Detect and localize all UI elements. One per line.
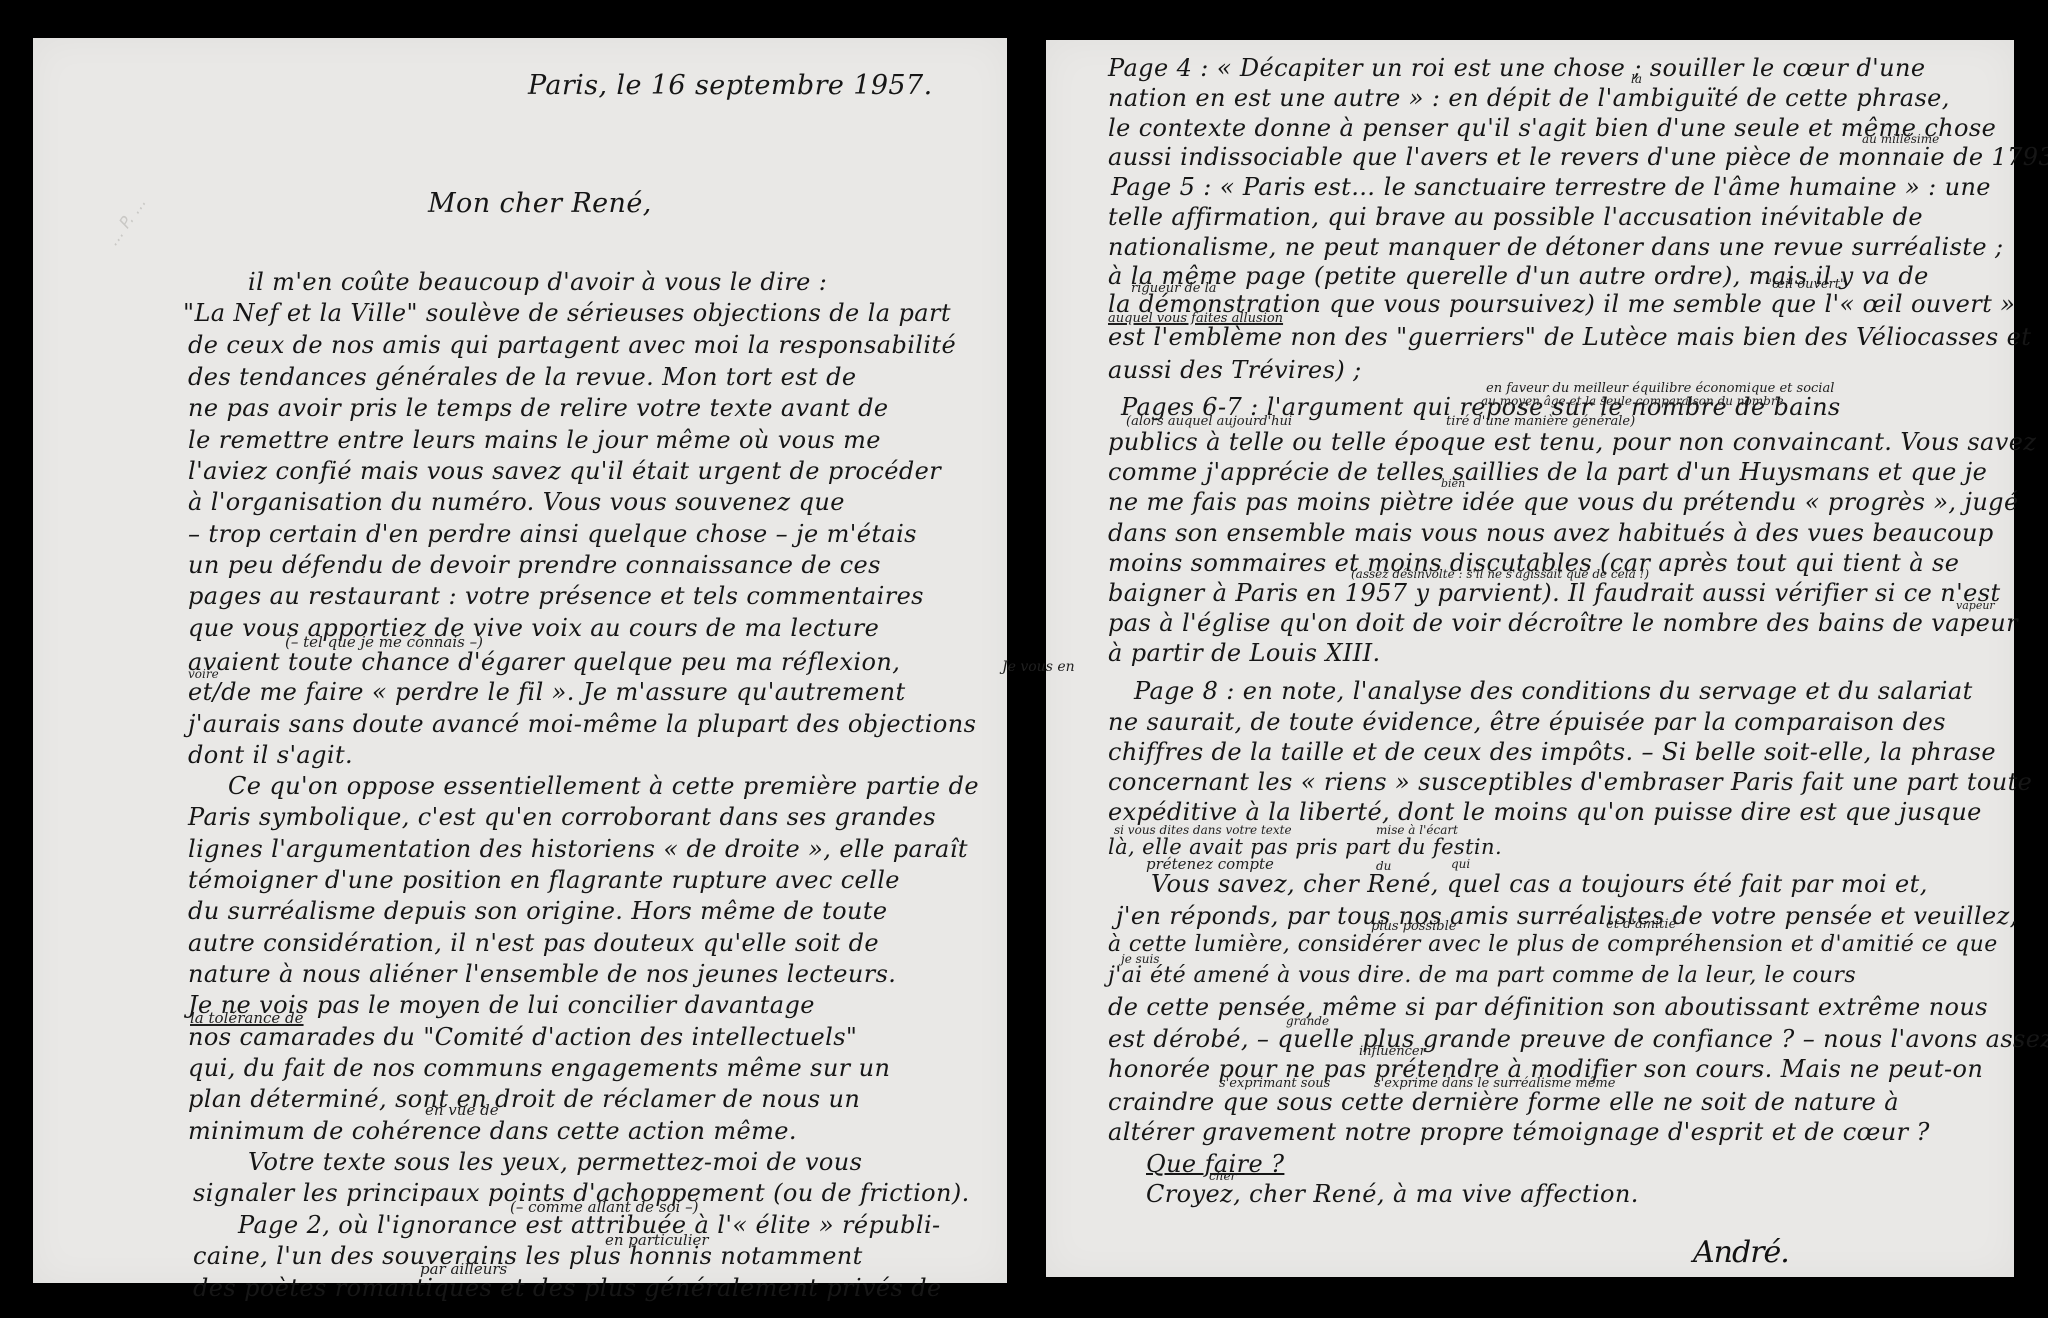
text-line: Page 2, où l'ignorance est attribuée à l… bbox=[238, 1213, 941, 1237]
text-line: à cette lumière, considérer avec le plus… bbox=[1108, 934, 1998, 956]
text-line: Paris symbolique, c'est qu'en corroboran… bbox=[188, 805, 936, 829]
text-line: est l'emblème non des "guerriers" de Lut… bbox=[1108, 325, 2031, 349]
text-line: et/de me faire « perdre le fil ». Je m'a… bbox=[188, 680, 906, 704]
pencil-annotation: … P. … bbox=[103, 193, 150, 249]
text-line: du surréalisme depuis son origine. Hors … bbox=[188, 899, 888, 923]
text-line: dont il s'agit. bbox=[188, 743, 353, 767]
text-line: concernant les « riens » susceptibles d'… bbox=[1108, 770, 2032, 794]
text-line: Votre texte sous les yeux, permettez-moi… bbox=[248, 1150, 862, 1174]
letter-salutation: Mon cher René, bbox=[428, 190, 652, 217]
text-line: ne me fais pas moins piètre idée que vou… bbox=[1108, 490, 2019, 514]
text-line: témoigner d'une position en flagrante ru… bbox=[188, 868, 900, 892]
text-line: j'ai été amené à vous dire. de ma part c… bbox=[1108, 965, 1856, 987]
text-line: aussi indissociable que l'avers et le re… bbox=[1108, 145, 2048, 169]
text-line: Ce qu'on oppose essentiellement à cette … bbox=[228, 774, 979, 798]
text-line: nos camarades du "Comité d'action des in… bbox=[188, 1025, 857, 1049]
text-line: il m'en coûte beaucoup d'avoir à vous le… bbox=[248, 270, 827, 294]
text-line: à partir de Louis XIII. bbox=[1108, 641, 1381, 665]
signature: André. bbox=[1693, 1235, 1789, 1270]
text-line: à l'organisation du numéro. Vous vous so… bbox=[188, 490, 845, 514]
text-line: – trop certain d'en perdre ainsi quelque… bbox=[188, 522, 917, 546]
text-line: plan déterminé, sont en droit de réclame… bbox=[188, 1087, 860, 1111]
text-line: avaient toute chance d'égarer quelque pe… bbox=[188, 650, 900, 674]
text-line: chiffres de la taille et de ceux des imp… bbox=[1108, 740, 1996, 764]
text-line: altérer gravement notre propre témoignag… bbox=[1108, 1120, 1930, 1144]
text-line: j'aurais sans doute avancé moi-même la p… bbox=[188, 712, 976, 736]
margin-note: Je vous en bbox=[1002, 660, 1075, 674]
text-line: pas à l'église qu'on doit de voir décroî… bbox=[1108, 611, 2018, 635]
text-line: Page 4 : « Décapiter un roi est une chos… bbox=[1108, 56, 1925, 80]
insertion: qui bbox=[1451, 858, 1470, 870]
text-line: minimum de cohérence dans cette action m… bbox=[188, 1119, 797, 1143]
text-line: ne pas avoir pris le temps de relire vot… bbox=[188, 396, 889, 420]
text-line: aussi des Trévires) ; bbox=[1108, 358, 1362, 382]
text-line: ne saurait, de toute évidence, être épui… bbox=[1108, 710, 1946, 734]
insertion: par ailleurs bbox=[420, 1262, 507, 1277]
letter-page-1: … P. … Paris, le 16 septembre 1957. Mon … bbox=[33, 38, 1007, 1283]
text-line: expéditive à la liberté, dont le moins q… bbox=[1108, 800, 1982, 824]
text-line: nature à nous aliéner l'ensemble de nos … bbox=[188, 962, 896, 986]
text-line: un peu défendu de devoir prendre connais… bbox=[188, 553, 881, 577]
text-line: pages au restaurant : votre présence et … bbox=[188, 584, 924, 608]
text-line: j'en réponds, par tous nos amis surréali… bbox=[1116, 904, 2018, 928]
letter-date: Paris, le 16 septembre 1957. bbox=[528, 72, 933, 99]
text-line: lignes l'argumentation des historiens « … bbox=[188, 837, 968, 861]
text-line: Page 8 : en note, l'analyse des conditio… bbox=[1134, 679, 1973, 703]
text-line: caine, l'un des souverains les plus honn… bbox=[193, 1244, 863, 1268]
text-line: dans son ensemble mais vous nous avez ha… bbox=[1108, 521, 1994, 545]
text-line: publics à telle ou telle époque est tenu… bbox=[1108, 430, 2036, 454]
insertion: (alors auquel aujourd'hui bbox=[1126, 415, 1292, 428]
text-line: nationalisme, ne peut manquer de détoner… bbox=[1108, 235, 2003, 259]
text-line: Page 5 : « Paris est… le sanctuaire terr… bbox=[1111, 175, 1991, 199]
text-line: "La Nef et la Ville" soulève de sérieuse… bbox=[183, 301, 951, 325]
insertion: tiré d'une manière générale) bbox=[1446, 415, 1635, 428]
text-line: Vous savez, cher René, quel cas a toujou… bbox=[1151, 872, 1928, 896]
text-line: craindre que sous cette dernière forme e… bbox=[1108, 1090, 1899, 1114]
text-line: telle affirmation, qui brave au possible… bbox=[1108, 205, 1923, 229]
text-line: baigner à Paris en 1957 y parvient). Il … bbox=[1108, 581, 2001, 605]
text-line: Croyez, cher René, à ma vive affection. bbox=[1146, 1182, 1639, 1206]
letter-page-2: Page 4 : « Décapiter un roi est une chos… bbox=[1046, 40, 2014, 1277]
text-line: nation en est une autre » : en dépit de … bbox=[1108, 86, 1950, 110]
text-line: l'aviez confié mais vous savez qu'il éta… bbox=[188, 459, 941, 483]
text-line: autre considération, il n'est pas douteu… bbox=[188, 931, 879, 955]
text-line: des poètes romantiques et des plus génér… bbox=[193, 1276, 942, 1300]
text-line: de cette pensée, même si par définition … bbox=[1108, 995, 1988, 1019]
text-line: est dérobé, – quelle plus grande preuve … bbox=[1108, 1027, 2048, 1051]
insertion: et d'amitié bbox=[1606, 918, 1676, 931]
text-line: qui, du fait de nos communs engagements … bbox=[188, 1056, 890, 1080]
insertion: en vue de bbox=[425, 1103, 499, 1118]
text-line: des tendances générales de la revue. Mon… bbox=[188, 365, 856, 389]
text-line: le remettre entre leurs mains le jour mê… bbox=[188, 428, 881, 452]
text-line: comme j'apprécie de telles saillies de l… bbox=[1108, 460, 1987, 484]
text-line: de ceux de nos amis qui partagent avec m… bbox=[188, 333, 956, 357]
